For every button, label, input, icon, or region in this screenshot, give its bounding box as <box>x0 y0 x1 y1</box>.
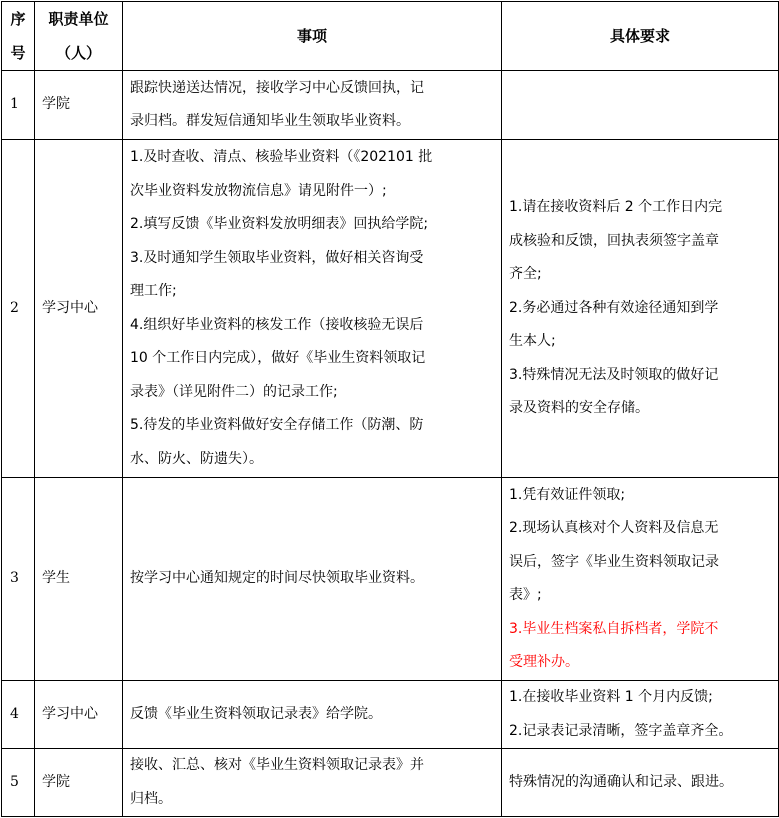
requirement-warning-line: 3.毕业生档案私自拆档者，学院不 <box>509 613 771 647</box>
row-requirement: 1.凭有效证件领取; 2.现场认真核对个人资料及信息无 误后，签字《毕业生资料领… <box>502 478 779 681</box>
requirement-line: 录及资料的安全存储。 <box>509 392 771 426</box>
row-task: 接收、汇总、核对《毕业生资料领取记录表》并 归档。 <box>123 749 502 817</box>
requirement-line: 2.务必通过各种有效途径通知到学 <box>509 292 771 326</box>
task-line: 4.组织好毕业资料的核发工作（接收核验无误后 <box>130 309 494 343</box>
task-line: 跟踪快递送达情况，接收学习中心反馈回执，记 <box>130 72 494 106</box>
requirement-line: 1.请在接收资料后 2 个工作日内完 <box>509 191 771 225</box>
requirement-warning-line: 受理补办。 <box>509 646 771 680</box>
responsibility-table: 序 号 职责单位 （人） 事项 具体要求 1 学院 跟踪快递送达情况，接收学习中… <box>1 1 779 817</box>
task-line: 录表》（详见附件二）的记录工作; <box>130 376 494 410</box>
row-task: 按学习中心通知规定的时间尽快领取毕业资料。 <box>123 478 502 681</box>
row-number: 3 <box>2 478 35 681</box>
requirement-line: 表》; <box>509 579 771 613</box>
header-unit-line-2: （人） <box>37 36 120 70</box>
task-line: 理工作; <box>130 275 494 309</box>
requirement-line: 误后，签字《毕业生资料领取记录 <box>509 546 771 580</box>
task-line: 2.填写反馈《毕业资料发放明细表》回执给学院; <box>130 208 494 242</box>
task-line: 录归档。群发短信通知毕业生领取毕业资料。 <box>130 105 494 139</box>
row-unit: 学院 <box>35 71 123 140</box>
task-line: 水、防火、防遗失）。 <box>130 443 494 477</box>
table-row: 2 学习中心 1.及时查收、清点、核验毕业资料（《202101 批 次毕业资料发… <box>2 140 779 478</box>
header-row: 序 号 职责单位 （人） 事项 具体要求 <box>2 2 779 71</box>
row-requirement: 1.请在接收资料后 2 个工作日内完 成核验和反馈，回执表须签字盖章 齐全; 2… <box>502 140 779 478</box>
requirement-line: 3.特殊情况无法及时领取的做好记 <box>509 359 771 393</box>
task-line: 次毕业资料发放物流信息》请见附件一）; <box>130 175 494 209</box>
row-requirement: 1.在接收毕业资料 1 个月内反馈; 2.记录表记录清晰，签字盖章齐全。 <box>502 681 779 749</box>
header-unit-line-1: 职责单位 <box>37 2 120 36</box>
requirement-line: 1.凭有效证件领取; <box>509 479 771 513</box>
row-number: 5 <box>2 749 35 817</box>
table-row: 4 学习中心 反馈《毕业生资料领取记录表》给学院。 1.在接收毕业资料 1 个月… <box>2 681 779 749</box>
header-no-line-1: 序 <box>4 2 32 36</box>
requirement-line: 成核验和反馈，回执表须签字盖章 <box>509 225 771 259</box>
row-number: 4 <box>2 681 35 749</box>
requirement-line: 齐全; <box>509 258 771 292</box>
row-task: 1.及时查收、清点、核验毕业资料（《202101 批 次毕业资料发放物流信息》请… <box>123 140 502 478</box>
requirement-line: 1.在接收毕业资料 1 个月内反馈; <box>509 681 771 715</box>
requirement-line: 2.现场认真核对个人资料及信息无 <box>509 512 771 546</box>
row-unit: 学习中心 <box>35 140 123 478</box>
row-task: 反馈《毕业生资料领取记录表》给学院。 <box>123 681 502 749</box>
table-row: 1 学院 跟踪快递送达情况，接收学习中心反馈回执，记 录归档。群发短信通知毕业生… <box>2 71 779 140</box>
row-unit: 学习中心 <box>35 681 123 749</box>
task-line: 10 个工作日内完成），做好《毕业生资料领取记 <box>130 342 494 376</box>
row-unit: 学生 <box>35 478 123 681</box>
table-row: 3 学生 按学习中心通知规定的时间尽快领取毕业资料。 1.凭有效证件领取; 2.… <box>2 478 779 681</box>
task-line: 3.及时通知学生领取毕业资料，做好相关咨询受 <box>130 242 494 276</box>
task-line: 5.待发的毕业资料做好安全存储工作（防潮、防 <box>130 409 494 443</box>
task-line: 1.及时查收、清点、核验毕业资料（《202101 批 <box>130 141 494 175</box>
requirement-line: 生本人; <box>509 325 771 359</box>
task-line: 反馈《毕业生资料领取记录表》给学院。 <box>130 698 494 732</box>
row-number: 1 <box>2 71 35 140</box>
requirement-line: 2.记录表记录清晰，签字盖章齐全。 <box>509 715 771 749</box>
row-requirement: 特殊情况的沟通确认和记录、跟进。 <box>502 749 779 817</box>
header-no: 序 号 <box>2 2 35 71</box>
task-line: 按学习中心通知规定的时间尽快领取毕业资料。 <box>130 562 494 596</box>
table-row: 5 学院 接收、汇总、核对《毕业生资料领取记录表》并 归档。 特殊情况的沟通确认… <box>2 749 779 817</box>
task-line: 接收、汇总、核对《毕业生资料领取记录表》并 <box>130 749 494 783</box>
task-line: 归档。 <box>130 783 494 817</box>
row-unit: 学院 <box>35 749 123 817</box>
header-unit: 职责单位 （人） <box>35 2 123 71</box>
requirement-line: 特殊情况的沟通确认和记录、跟进。 <box>509 766 771 800</box>
row-number: 2 <box>2 140 35 478</box>
row-task: 跟踪快递送达情况，接收学习中心反馈回执，记 录归档。群发短信通知毕业生领取毕业资… <box>123 71 502 140</box>
header-requirement: 具体要求 <box>502 2 779 71</box>
header-task: 事项 <box>123 2 502 71</box>
row-requirement <box>502 71 779 140</box>
header-no-line-2: 号 <box>4 36 32 70</box>
